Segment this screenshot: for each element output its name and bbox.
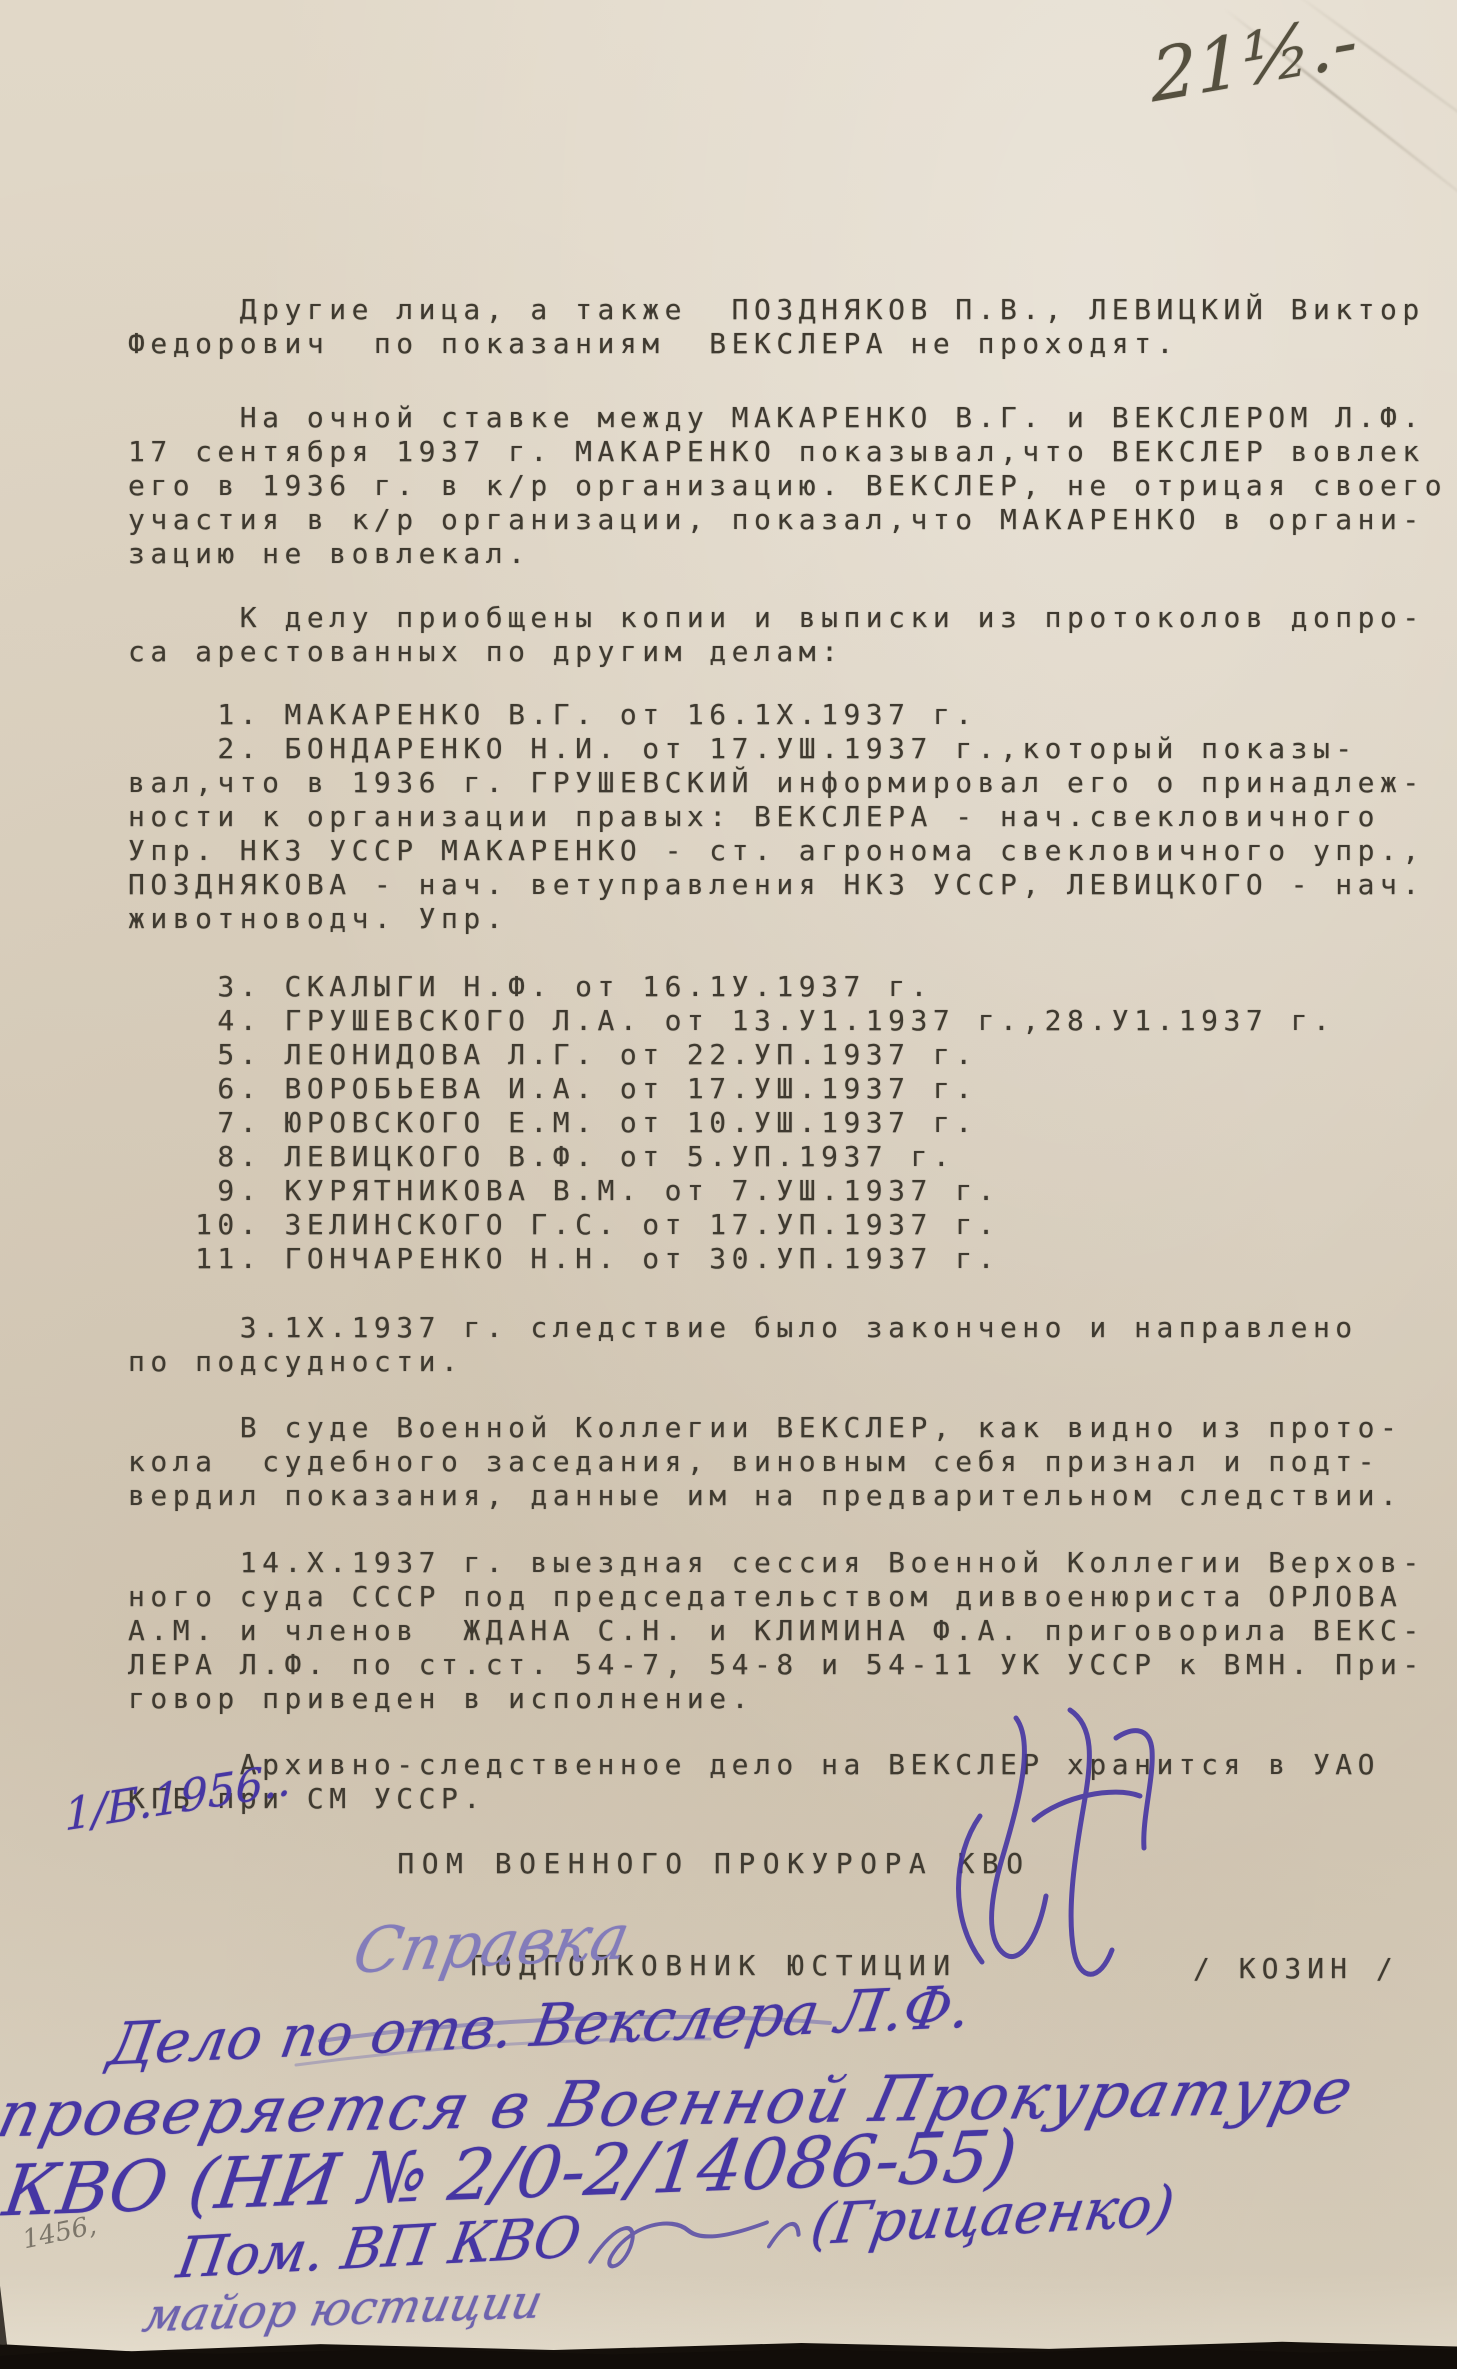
typed-line: 9. КУРЯТНИКОВА В.М. от 7.УШ.1937 г. [128,1174,1335,1208]
typed-line: В суде Военной Коллегии ВЕКСЛЕР, как вид… [128,1411,1402,1445]
prosecutor-name: / КОЗИН / [1193,1952,1399,1986]
typed-line: вал,что в 1936 г. ГРУШЕВСКИЙ информирова… [128,766,1425,800]
typed-line: 3. СКАЛЫГИ Н.Ф. от 16.1У.1937 г. [128,970,1335,1004]
typed-line: ного суда СССР под председательством див… [128,1580,1425,1614]
typed-line: 17 сентября 1937 г. МАКАРЕНКО показывал,… [128,435,1447,469]
scanned-document: 21½.- Другие лица, а также ПОЗДНЯКОВ П.В… [0,0,1457,2369]
typed-line: 5. ЛЕОНИДОВА Л.Г. от 22.УП.1937 г. [128,1038,1335,1072]
typed-line: А.М. и членов ЖДАНА С.Н. и КЛИМИНА Ф.А. … [128,1614,1425,1648]
handwritten-page-number: 21½.- [1150,0,1358,119]
typed-line: ности к организации правых: ВЕКСЛЕРА - н… [128,800,1425,834]
typed-line: 14.Х.1937 г. выездная сессия Военной Кол… [128,1546,1425,1580]
signature-scribble [938,1698,1208,1998]
typed-line: 4. ГРУШЕВСКОГО Л.А. от 13.У1.1937 г.,28.… [128,1004,1335,1038]
typed-line: 1. МАКАРЕНКО В.Г. от 16.1Х.1937 г. [128,698,1425,732]
handwritten-spravka: Справка [348,1900,636,1988]
document-page: 21½.- Другие лица, а также ПОЗДНЯКОВ П.В… [0,0,1457,2369]
inline-signature-scribble [580,2200,810,2276]
typed-line: 2. БОНДАРЕНКО Н.И. от 17.УШ.1937 г.,кото… [128,732,1425,766]
typed-line: Упр. НКЗ УССР МАКАРЕНКО - ст. агронома с… [128,834,1425,868]
typed-line: его в 1936 г. в к/р организацию. ВЕКСЛЕР… [128,469,1447,503]
typed-line: 8. ЛЕВИЦКОГО В.Ф. от 5.УП.1937 г. [128,1140,1335,1174]
paper-corner-shadow [0,2250,22,2369]
typed-line: 6. ВОРОБЬЕВА И.А. от 17.УШ.1937 г. [128,1072,1335,1106]
typed-line: На очной ставке между МАКАРЕНКО В.Г. и В… [128,401,1447,435]
typed-line: 7. ЮРОВСКОГО Е.М. от 10.УШ.1937 г. [128,1106,1335,1140]
